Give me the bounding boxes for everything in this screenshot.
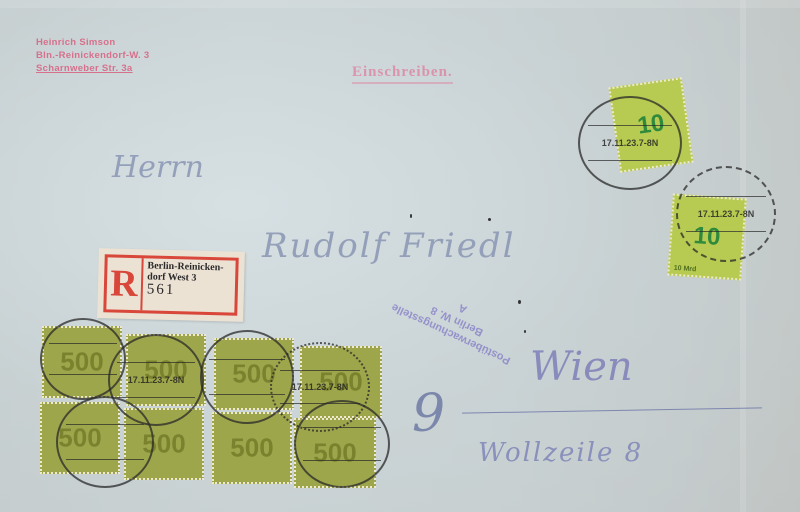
envelope: Heinrich Simson Bln.-Reinickendorf-W. 3 … <box>0 0 800 512</box>
recipient-name: Rudolf Friedl <box>262 226 515 266</box>
stamp-value: 500 <box>126 429 202 460</box>
sender-line: Heinrich Simson <box>36 36 150 49</box>
control-line: Berlin W. 8 <box>377 279 537 364</box>
registration-letter: R <box>106 257 143 310</box>
sender-line: Scharnweber Str. 3a <box>36 62 150 75</box>
stamp-500: 500 <box>126 334 206 406</box>
stamp-500: 500 <box>214 338 294 410</box>
registration-label: R Berlin-Reinicken- dorf West 3 561 <box>97 248 245 322</box>
registration-number: 561 <box>147 284 223 297</box>
stamp-value: 500 <box>214 433 290 464</box>
stamp-10-mrd: 10 10 Mrd <box>667 194 747 281</box>
pencil-mark: 9 <box>412 384 445 444</box>
service-marking: Einschreiben. <box>352 64 453 84</box>
stamp-500: 500 <box>212 412 292 484</box>
stamp-value: 500 <box>44 347 120 378</box>
stamp-value: 500 <box>216 359 292 390</box>
sender-line: Bln.-Reinickendorf-W. 3 <box>36 49 150 62</box>
ink-speck <box>410 214 412 218</box>
underline-stroke <box>462 407 762 413</box>
ink-speck <box>524 330 526 333</box>
stamp-value: 500 <box>296 438 374 469</box>
stamp-value: 500 <box>128 355 204 386</box>
control-stamp: Postüberwachungsstelle Berlin W. 8 A <box>371 266 543 376</box>
top-edge <box>0 0 800 8</box>
stamp-500: 500 <box>124 408 204 480</box>
ink-speck <box>518 300 521 304</box>
stamp-value: 500 <box>42 423 118 454</box>
stamp-value: 10 <box>671 221 743 254</box>
recipient-city: Wien <box>530 344 633 390</box>
stamp-500: 500 <box>42 326 122 398</box>
ink-speck <box>488 218 491 221</box>
stamp-10-mrd: 10 <box>608 77 693 172</box>
stamp-500: 500 <box>294 418 376 488</box>
stamp-500: 500 <box>300 346 382 418</box>
recipient-street: Wollzeile 8 <box>478 438 643 468</box>
stamp-value: 500 <box>302 367 380 398</box>
stamp-value: 10 <box>614 106 687 143</box>
sender-stamp: Heinrich Simson Bln.-Reinickendorf-W. 3 … <box>36 36 150 75</box>
stamp-overprint: 10 Mrd <box>673 265 696 274</box>
stamp-500: 500 <box>40 402 120 474</box>
salutation: Herrn <box>112 150 204 185</box>
